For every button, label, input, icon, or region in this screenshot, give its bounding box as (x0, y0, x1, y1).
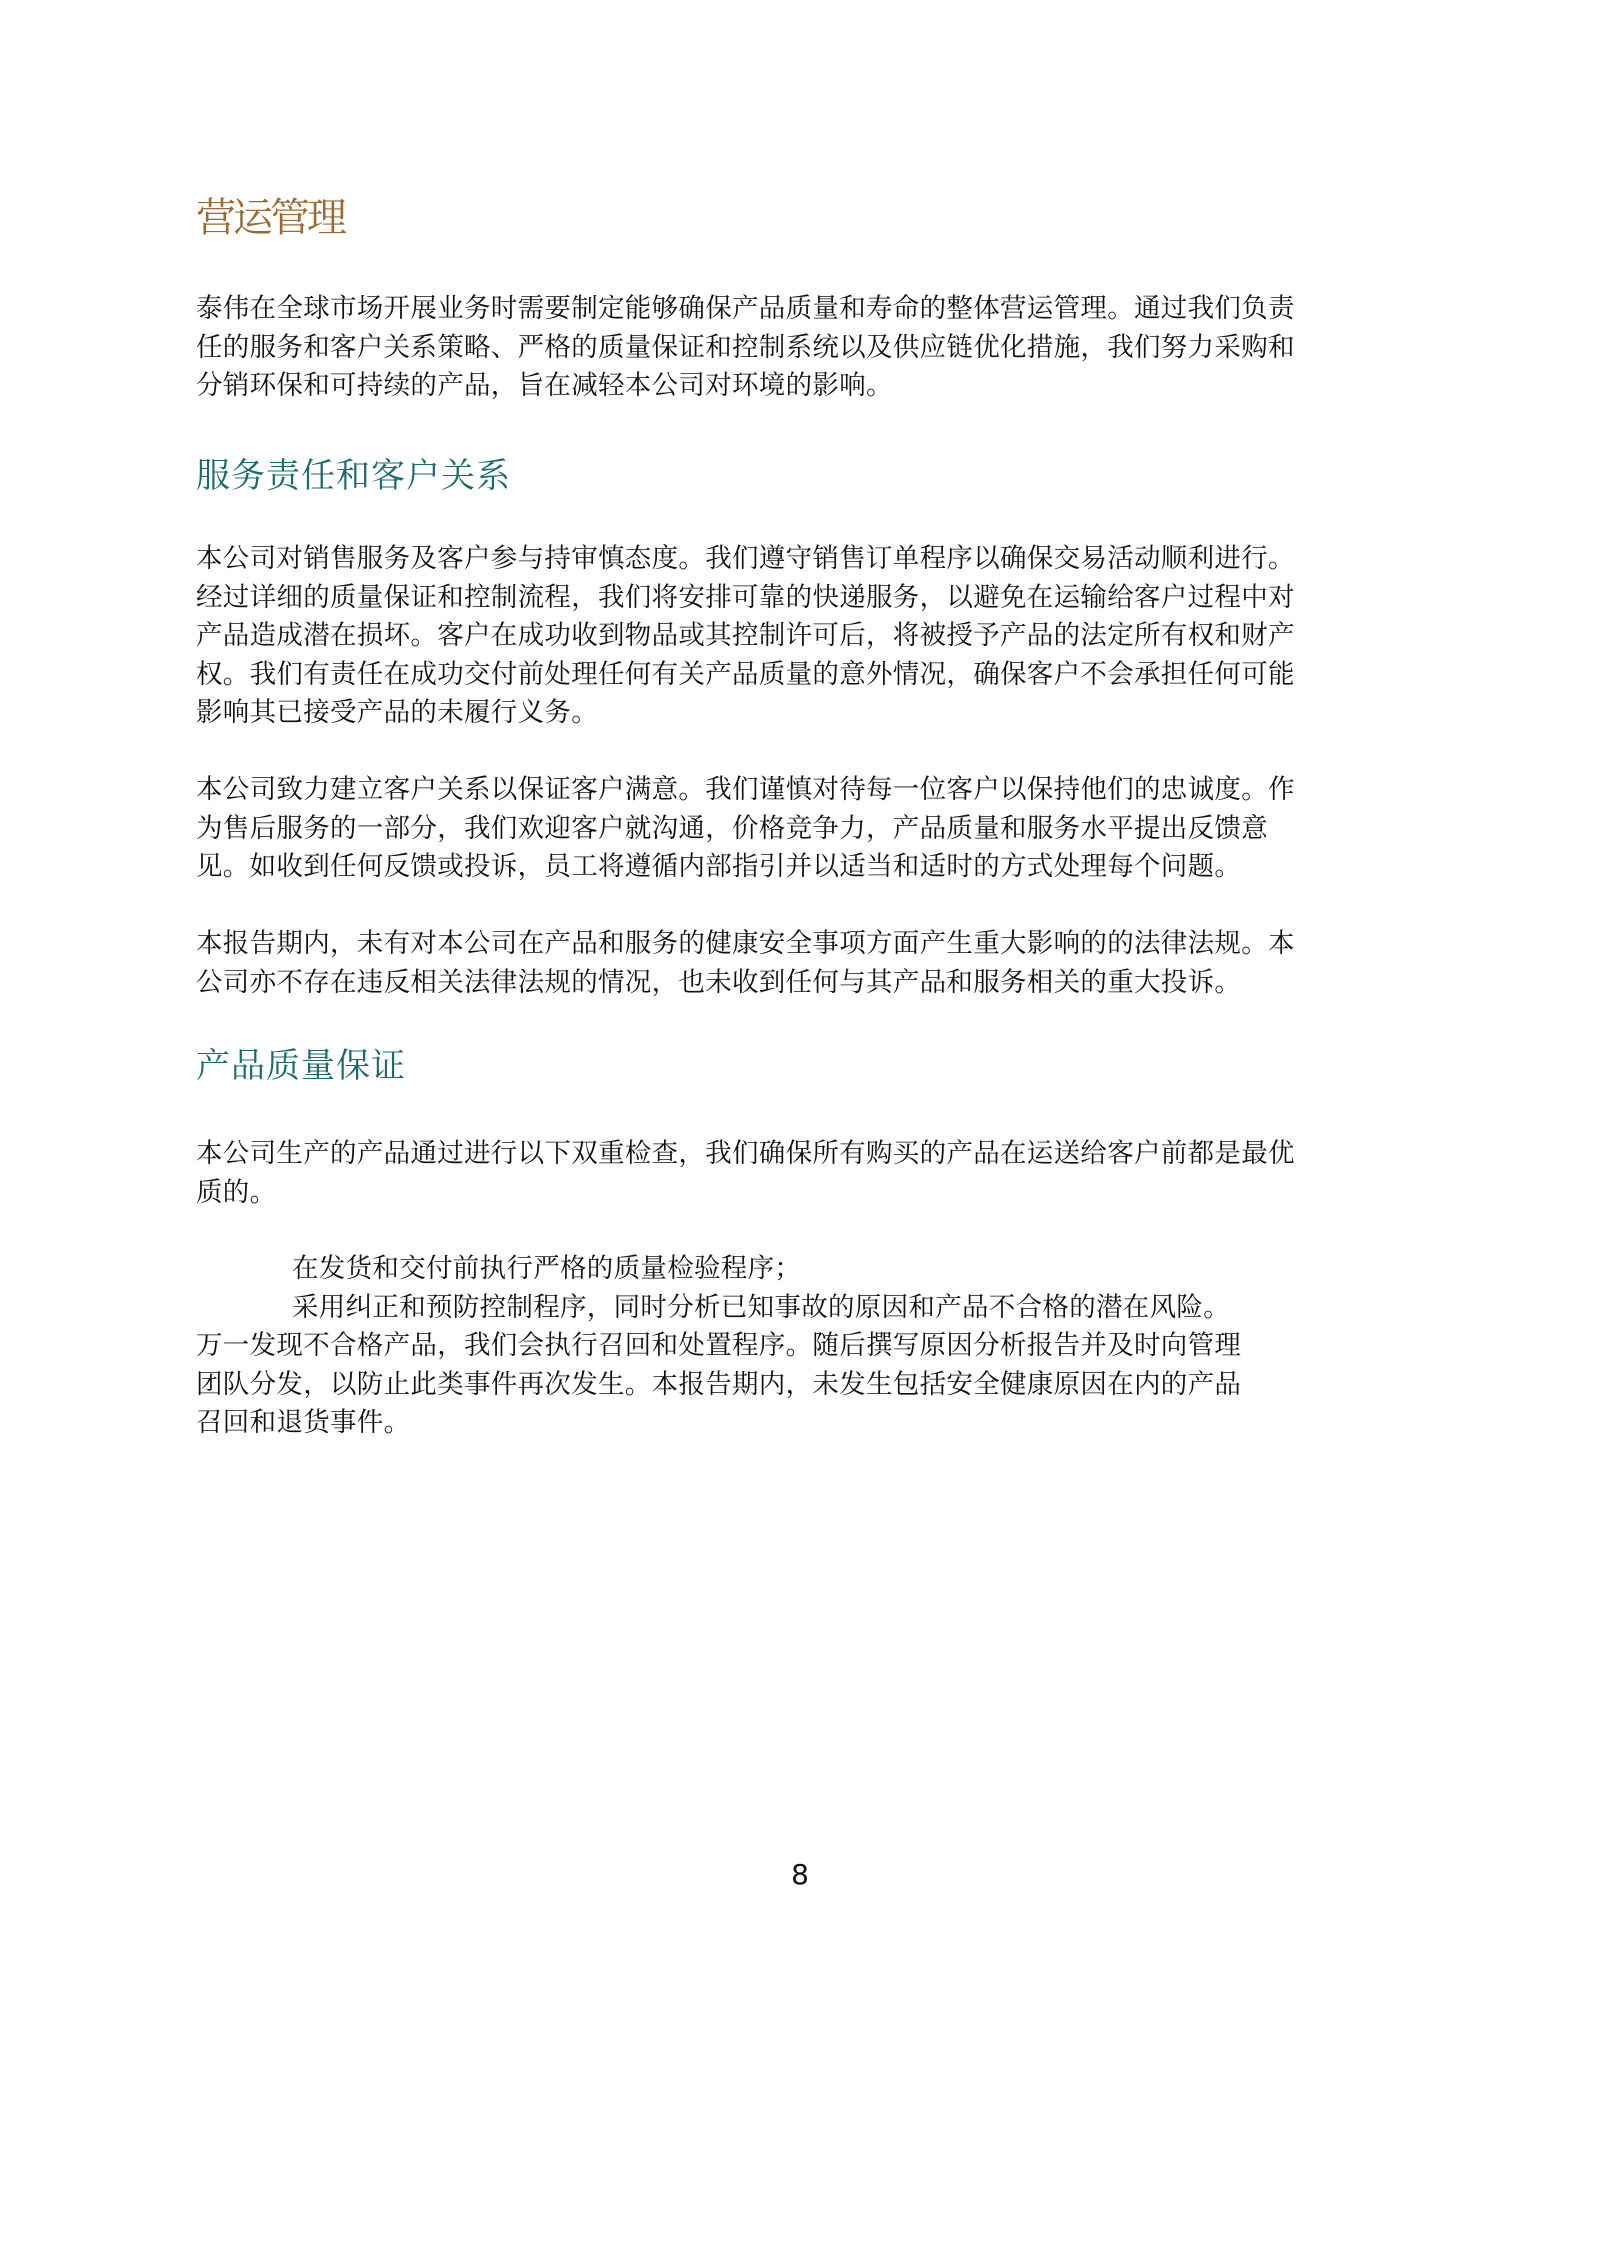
text-line: 权。我们有责任在成功交付前处理任何有关产品质量的意外情况，确保客户不会承担任何可… (196, 656, 1426, 695)
text-line: 经过详细的质量保证和控制流程，我们将安排可靠的快递服务，以避免在运输给客户过程中… (196, 579, 1426, 618)
text-line: 本公司生产的产品通过进行以下双重检查，我们确保所有购买的产品在运送给客户前都是最… (196, 1135, 1426, 1174)
text-line: 本报告期内，未有对本公司在产品和服务的健康安全事项方面产生重大影响的的法律法规。… (196, 925, 1426, 964)
text-line: 万一发现不合格产品，我们会执行召回和处置程序。随后撰写原因分析报告并及时向管理 (196, 1327, 1426, 1366)
text-line: 产品造成潜在损坏。客户在成功收到物品或其控制许可后，将被授予产品的法定所有权和财… (196, 617, 1426, 656)
text-line: 为售后服务的一部分，我们欢迎客户就沟通，价格竞争力，产品质量和服务水平提出反馈意 (196, 810, 1426, 849)
text-line: 见。如收到任何反馈或投诉，员工将遵循内部指引并以适当和适时的方式处理每个问题。 (196, 848, 1426, 887)
quality-check-item: 在发货和交付前执行严格的质量检验程序； (196, 1250, 1426, 1289)
paragraph-quality-intro: 本公司生产的产品通过进行以下双重检查，我们确保所有购买的产品在运送给客户前都是最… (196, 1135, 1426, 1212)
text-line: 团队分发，以防止此类事件再次发生。本报告期内，未发生包括安全健康原因在内的产品 (196, 1366, 1426, 1405)
text-line: 本公司对销售服务及客户参与持审慎态度。我们遵守销售订单程序以确保交易活动顺利进行… (196, 540, 1426, 579)
text-line: 召回和退货事件。 (196, 1404, 1426, 1443)
heading-operations-management: 营运管理 (196, 194, 344, 242)
quality-checks-list: 在发货和交付前执行严格的质量检验程序； 采用纠正和预防控制程序，同时分析已知事故… (196, 1250, 1426, 1443)
paragraph-service-3: 本报告期内，未有对本公司在产品和服务的健康安全事项方面产生重大影响的的法律法规。… (196, 925, 1426, 1002)
text-line: 分销环保和可持续的产品，旨在减轻本公司对环境的影响。 (196, 367, 1426, 406)
text-line: 本公司致力建立客户关系以保证客户满意。我们谨慎对待每一位客户以保持他们的忠诚度。… (196, 771, 1426, 810)
heading-product-quality: 产品质量保证 (196, 1044, 406, 1088)
paragraph-service-2: 本公司致力建立客户关系以保证客户满意。我们谨慎对待每一位客户以保持他们的忠诚度。… (196, 771, 1426, 887)
paragraph-operations-intro: 泰伟在全球市场开展业务时需要制定能够确保产品质量和寿命的整体营运管理。通过我们负… (196, 290, 1426, 406)
text-line: 公司亦不存在违反相关法律法规的情况，也未收到任何与其产品和服务相关的重大投诉。 (196, 964, 1426, 1003)
text-line: 泰伟在全球市场开展业务时需要制定能够确保产品质量和寿命的整体营运管理。通过我们负… (196, 290, 1426, 329)
page-number: 8 (0, 1858, 1600, 1891)
text-line: 质的。 (196, 1174, 1426, 1213)
text-line: 影响其已接受产品的未履行义务。 (196, 694, 1426, 733)
paragraph-service-1: 本公司对销售服务及客户参与持审慎态度。我们遵守销售订单程序以确保交易活动顺利进行… (196, 540, 1426, 733)
heading-service-responsibility: 服务责任和客户关系 (196, 454, 511, 498)
quality-check-item: 采用纠正和预防控制程序，同时分析已知事故的原因和产品不合格的潜在风险。 (196, 1289, 1426, 1328)
text-line: 任的服务和客户关系策略、严格的质量保证和控制系统以及供应链优化措施，我们努力采购… (196, 329, 1426, 368)
